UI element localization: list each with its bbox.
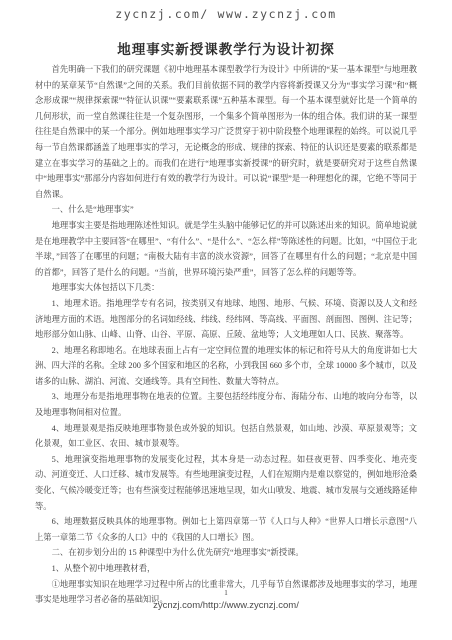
header-watermark-url: zycnzj.com/ www.zycnzj.com — [0, 7, 452, 21]
heading-section-2: 二、在初步划分出的 15 种课型中为什么优先研究“地理事实”新授课。 — [35, 545, 417, 561]
item-2-names: 2、地理名称即地名。在地球表面上占有一定空间位置的地理实体的标记和符号从大的角度… — [35, 343, 417, 390]
document-body: 首先明确一下我们的研究课题《初中地理基本课型教学行为设计》中所讲的“某一基本课型… — [35, 62, 417, 608]
item-6-data: 6、地理数据反映具体的地理事物。例如七上第四章第一节《人口与人种》“世界人口增长… — [35, 514, 417, 545]
document-page: zycnzj.com/ www.zycnzj.com 地理事实新授课教学行为设计… — [0, 0, 452, 640]
page-number: 1 — [0, 589, 452, 597]
line-categories-intro: 地理事实大体包括以下几类： — [35, 280, 417, 296]
page-title: 地理事实新授课教学行为设计初探 — [0, 38, 452, 58]
item-5-evolution: 5、地理演变指地理事物的发展变化过程，其本身是一动态过程。如昼夜更替、四季变化、… — [35, 452, 417, 514]
item-1-terms: 1、地理术语。指地理学专有名词，按类别又有地球、地图、地形、气候、环境、资源以及… — [35, 296, 417, 343]
line-point-1: 1、从整个初中地理教材看， — [35, 561, 417, 577]
footer-watermark-url: zycnzj.com/http://www.zycnzj.com/ — [0, 600, 452, 611]
item-3-distribution: 3、地理分布是指地理事物在地表的位置。主要包括经纬度分布、海陆分布、山地的坡向分… — [35, 389, 417, 420]
paragraph-definition: 地理事实主要是指地理陈述性知识。就是学生头脑中能够记忆的并可以陈述出来的知识。简… — [35, 218, 417, 280]
item-4-landscape: 4、地理景观是指反映地理事物景色或外貌的知识。包括自然景观，如山地、沙漠、草原景… — [35, 421, 417, 452]
heading-section-1: 一、什么是“地理事实” — [35, 202, 417, 218]
paragraph-intro: 首先明确一下我们的研究课题《初中地理基本课型教学行为设计》中所讲的“某一基本课型… — [35, 62, 417, 202]
